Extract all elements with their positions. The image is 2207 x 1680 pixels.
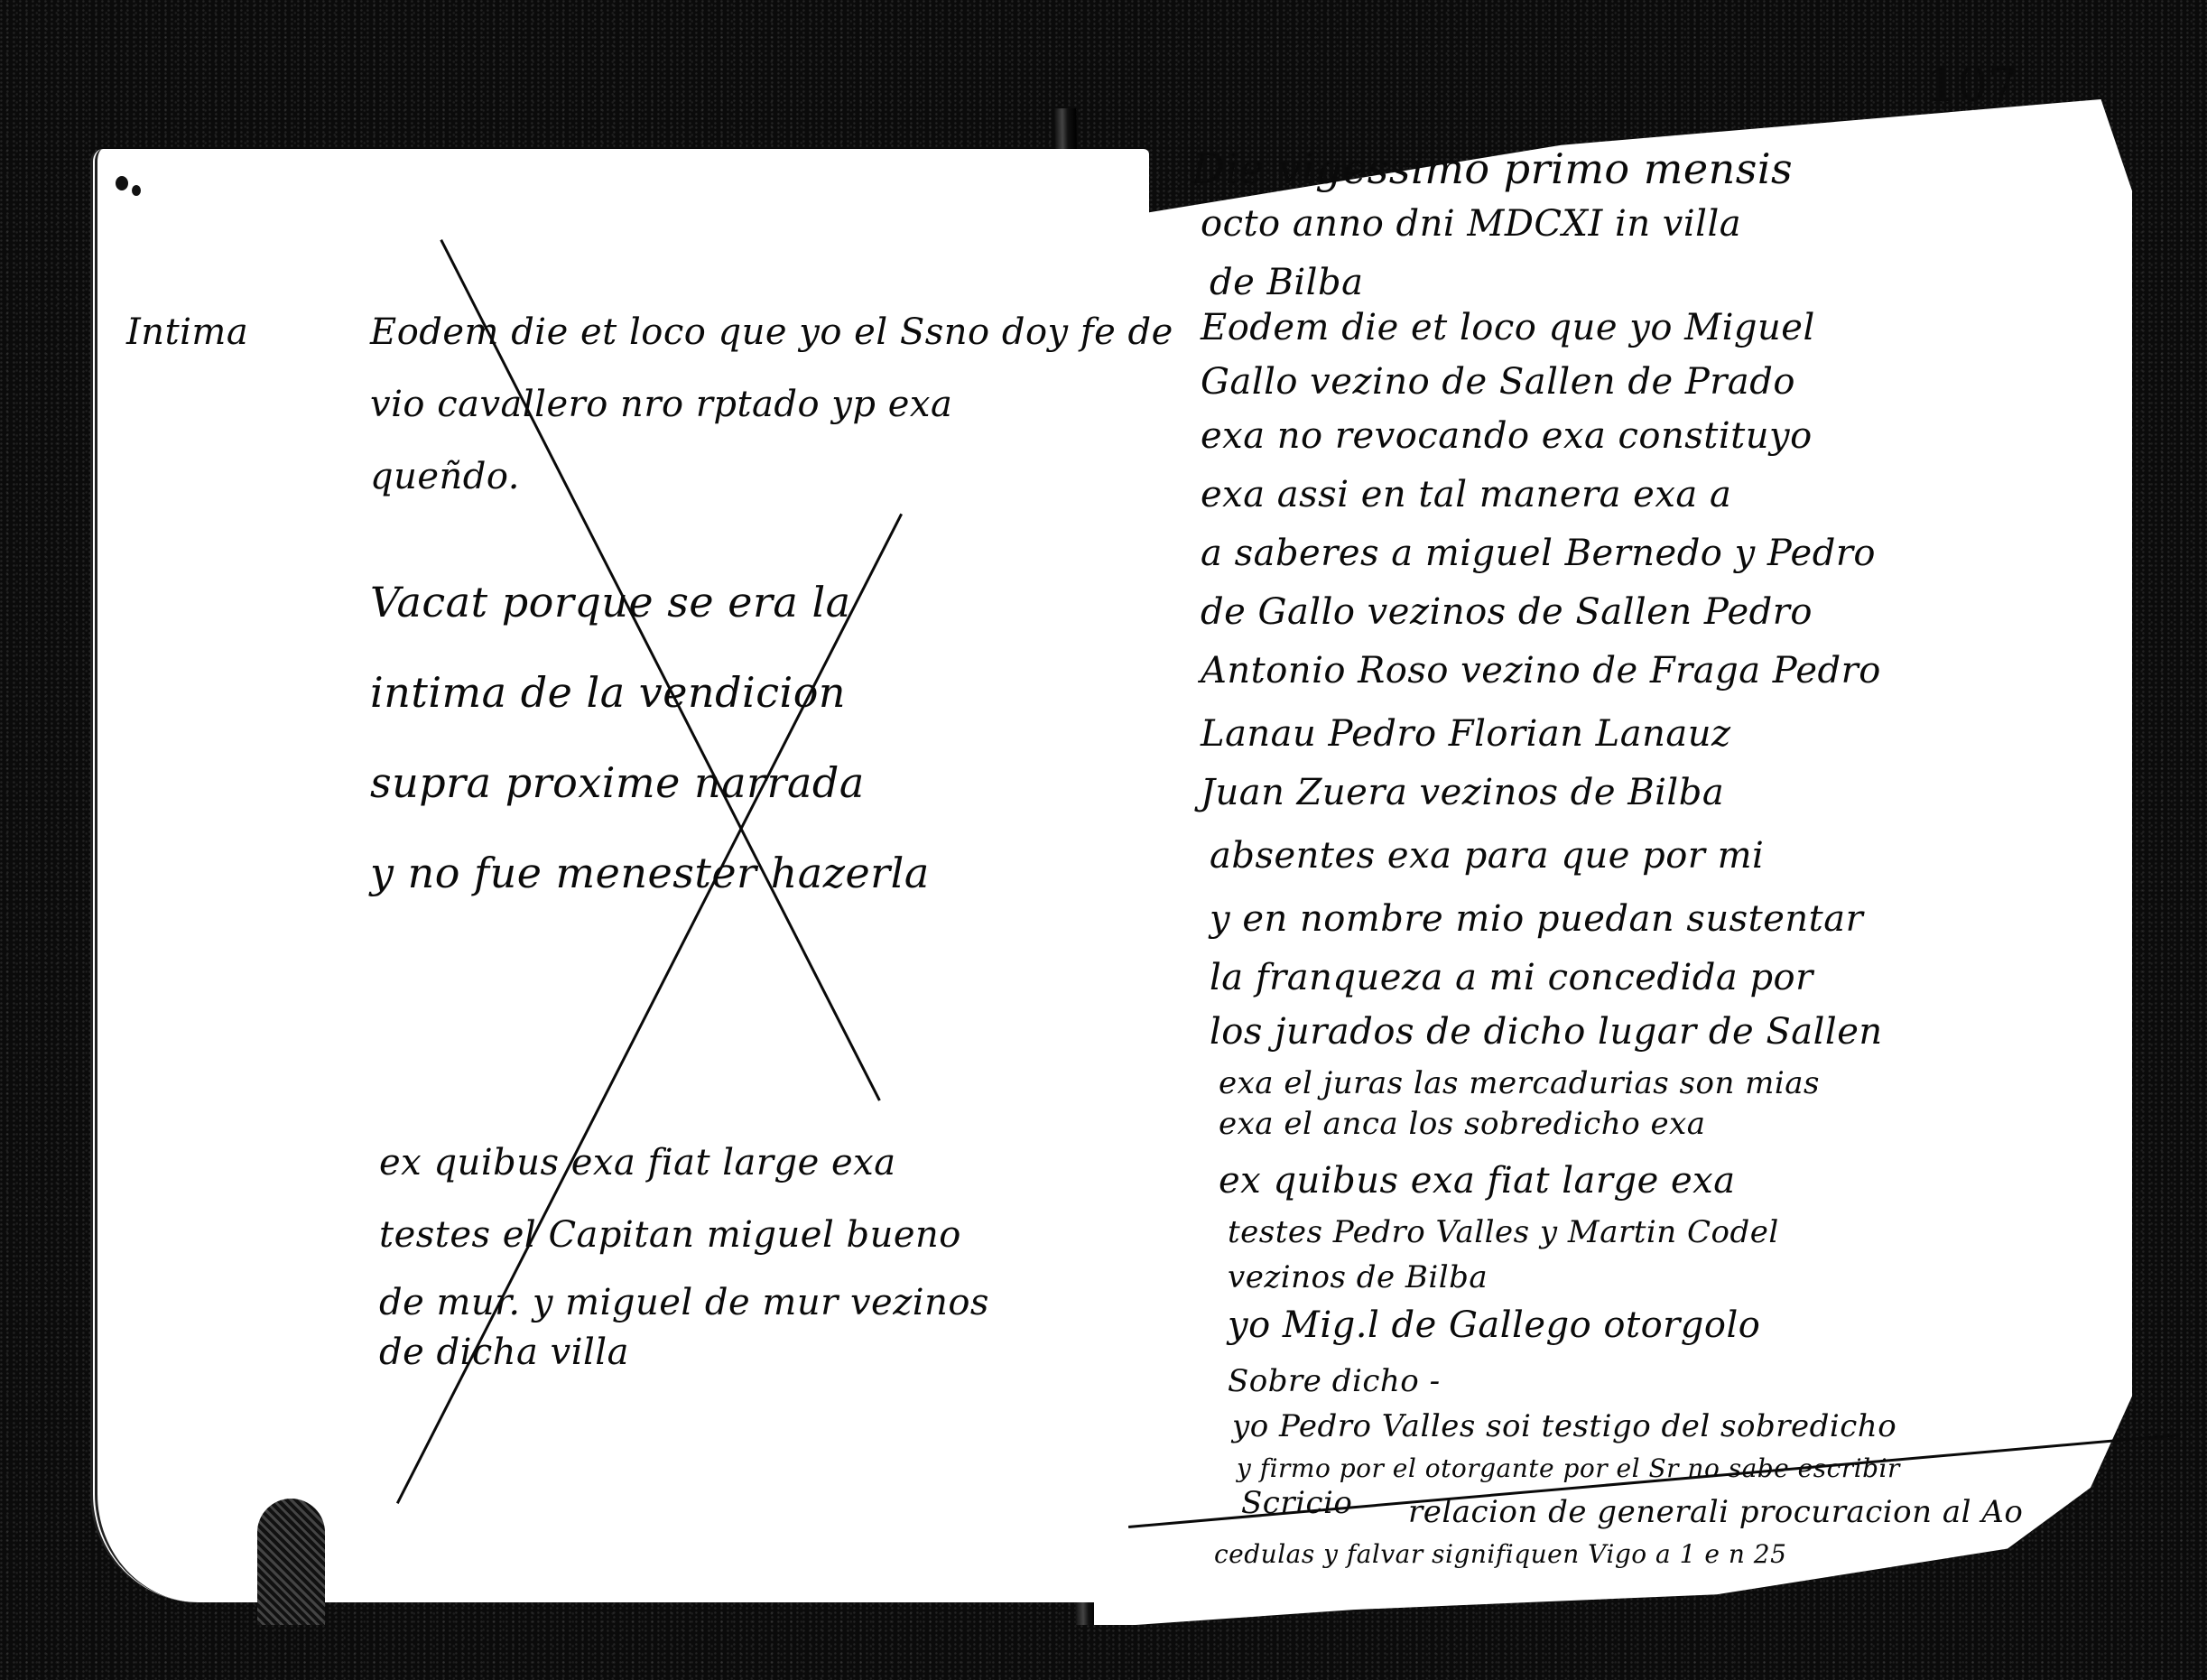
left-line: ex quibus exa fiat large exa xyxy=(379,1142,896,1183)
right-line: ex quibus exa fiat large exa xyxy=(1219,1160,1736,1202)
right-line: Gallo vezino de Sallen de Prado xyxy=(1201,361,1795,403)
right-line: y en nombre mio puedan sustentar xyxy=(1210,898,1863,940)
right-line: exa no revocando exa constituyo xyxy=(1201,415,1813,457)
right-line: Antonio Roso vezino de Fraga Pedro xyxy=(1201,650,1881,691)
left-line: Vacat porque se era la xyxy=(370,578,851,627)
left-line: de mur. y miguel de mur vezinos xyxy=(379,1282,989,1323)
right-line: Lanau Pedro Florian Lanauz xyxy=(1201,713,1731,755)
right-line: Eodem die et loco que yo Miguel xyxy=(1201,307,1815,348)
right-line: los jurados de dicho lugar de Sallen xyxy=(1210,1011,1883,1053)
right-line: exa el juras las mercadurias son mias xyxy=(1219,1065,1820,1101)
right-line: la franqueza a mi concedida por xyxy=(1210,957,1813,998)
margin-note: Intima xyxy=(126,311,248,353)
left-line: de dicha villa xyxy=(379,1332,629,1373)
left-line: y no fue menester hazerla xyxy=(370,849,930,897)
right-line: Sobre dicho - xyxy=(1228,1363,1441,1399)
right-line: exa assi en tal manera exa a xyxy=(1201,474,1731,515)
ink-blot xyxy=(116,176,128,190)
right-line: exa el anca los sobredicho exa xyxy=(1219,1106,1706,1142)
right-line: cedulas y falvar signifiquen Vigo a 1 e … xyxy=(1214,1539,1786,1569)
left-line: supra proxime narrada xyxy=(370,758,865,807)
signature-line: yo Pedro Valles soi testigo del sobredic… xyxy=(1232,1408,1896,1444)
ink-blot xyxy=(132,185,141,196)
right-line: vezinos de Bilba xyxy=(1228,1259,1488,1295)
right-line: octo anno dni MDCXI in villa xyxy=(1201,203,1741,245)
folio-number: 107 xyxy=(1927,59,2018,113)
right-line: testes Pedro Valles y Martin Codel xyxy=(1228,1214,1779,1250)
right-line: a saberes a miguel Bernedo y Pedro xyxy=(1201,533,1876,574)
right-line: de Gallo vezinos de Sallen Pedro xyxy=(1201,591,1813,633)
left-line: intima de la vendicion xyxy=(370,668,846,717)
left-line: Eodem die et loco que yo el Ssno doy fe … xyxy=(370,311,1173,353)
right-line: Die vigessimo primo mensis xyxy=(1192,144,1793,193)
right-line: Juan Zuera vezinos de Bilba xyxy=(1201,772,1724,813)
signature-line: yo Mig.l de Gallego otorgolo xyxy=(1228,1304,1760,1346)
right-line: relacion de generali procuracion al Ao xyxy=(1408,1494,2023,1530)
right-line: absentes exa para que por mi xyxy=(1210,835,1764,877)
left-line: queñdo. xyxy=(370,456,520,497)
left-line: vio cavallero nro rptado yp exa xyxy=(370,384,952,425)
right-line: de Bilba xyxy=(1210,262,1363,303)
left-line: testes el Capitan miguel bueno xyxy=(379,1214,961,1256)
bookmark-ribbon xyxy=(257,1499,325,1625)
